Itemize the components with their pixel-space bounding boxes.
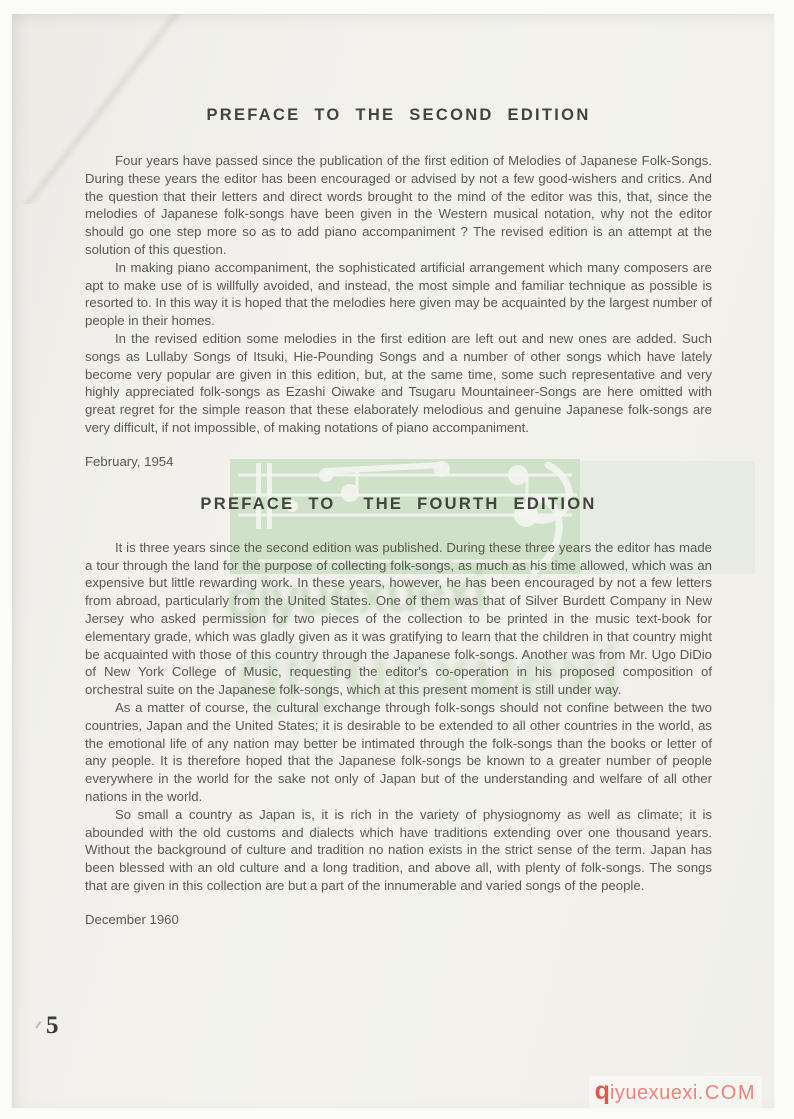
- paragraph: It is three years since the second editi…: [85, 539, 712, 699]
- page-number: 5: [46, 1012, 59, 1040]
- date-line: February, 1954: [85, 454, 712, 469]
- preface-fourth-edition-section: PREFACE TO THE FOURTH EDITION It is thre…: [85, 495, 712, 927]
- page-paper: qiyuexuexi qiyuexuexi PREFACE TO THE SEC…: [12, 14, 774, 1108]
- site-watermark-prefix: q: [595, 1077, 610, 1105]
- page-content: PREFACE TO THE SECOND EDITION Four years…: [12, 106, 774, 927]
- scanned-page: qiyuexuexi qiyuexuexi PREFACE TO THE SEC…: [0, 0, 794, 1119]
- paragraph: So small a country as Japan is, it is ri…: [85, 806, 712, 895]
- site-watermark-tld: .COM: [698, 1082, 756, 1104]
- section-title: PREFACE TO THE FOURTH EDITION: [85, 495, 712, 514]
- site-watermark-name: iyuexuexi: [610, 1082, 698, 1104]
- paragraph: As a matter of course, the cultural exch…: [85, 699, 712, 806]
- paragraph: In making piano accompaniment, the sophi…: [85, 259, 712, 330]
- site-watermark: qiyuexuexi.COM: [589, 1076, 762, 1108]
- paragraph: In the revised edition some melodies in …: [85, 330, 712, 437]
- date-line: December 1960: [85, 912, 712, 927]
- section-title: PREFACE TO THE SECOND EDITION: [85, 106, 712, 125]
- paragraph: Four years have passed since the publica…: [85, 152, 712, 259]
- preface-second-edition-section: PREFACE TO THE SECOND EDITION Four years…: [85, 106, 712, 469]
